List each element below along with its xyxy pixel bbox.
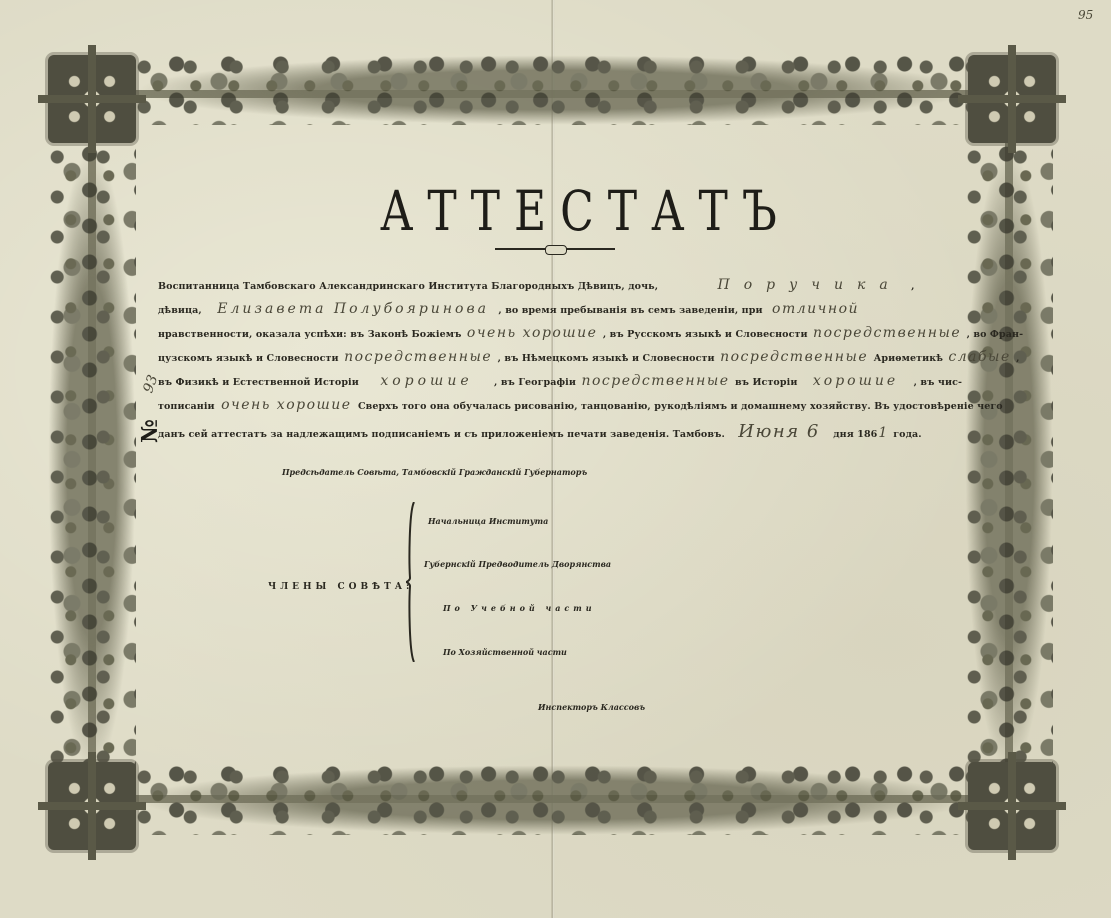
handwritten-grade-geography: посредственные xyxy=(579,373,731,389)
corner-rosette-bottom-right xyxy=(968,762,1056,850)
printed-text: , въ Нѣмецкомъ языкѣ и Словесности xyxy=(498,353,715,364)
handwritten-grade-law-of-god: очень хорошие xyxy=(465,325,600,341)
handwritten-grade-history: хорошие xyxy=(801,373,910,389)
handwritten-grade-russian: посредственные xyxy=(811,325,963,341)
body-line-5: въ Физикѣ и Естественной Исторіи хорошие… xyxy=(158,373,948,389)
archive-page-number: 95 xyxy=(1078,8,1093,22)
certificate-title: АТТЕСТАТЪ xyxy=(380,180,720,244)
printed-text: въ Исторіи xyxy=(735,377,797,388)
brace-icon xyxy=(406,502,416,662)
body-line-3: нравственности, оказала успѣхи: въ Закон… xyxy=(158,325,948,341)
body-line-4: цузскомъ языкѣ и Словесности посредствен… xyxy=(158,349,948,365)
body-line-7: данъ сей аттестатъ за надлежащимъ подпис… xyxy=(158,421,948,442)
printed-text: , въ Русскомъ языкѣ и Словесности xyxy=(603,329,808,340)
corner-rosette-bottom-left xyxy=(48,762,136,850)
curly-brace-ornament xyxy=(406,502,416,662)
handwritten-year-digit: 1 xyxy=(877,425,889,441)
corner-rosette-top-right xyxy=(968,55,1056,143)
printed-text: Ариѳметикѣ xyxy=(874,353,943,364)
printed-text: данъ сей аттестатъ за надлежащимъ подпис… xyxy=(158,429,725,440)
printed-text: дѣвица, xyxy=(158,305,202,316)
corner-rosette-top-left xyxy=(48,55,136,143)
printed-text: , xyxy=(1016,353,1019,364)
grape-vine-ornament xyxy=(135,55,975,125)
printed-text: года. xyxy=(893,429,921,440)
handwritten-father-rank: Поручика xyxy=(712,277,908,293)
printed-text: дня 186 xyxy=(833,429,877,440)
ornamental-border-top xyxy=(40,50,1060,145)
printed-text: въ Физикѣ и Естественной Исторіи xyxy=(158,377,359,388)
handwritten-student-name: Елизавета Полубояринова xyxy=(211,301,495,317)
printed-text: , xyxy=(911,281,914,292)
handwritten-grade-physics: хорошие xyxy=(362,373,490,389)
handwritten-grade-german: посредственные xyxy=(718,349,870,365)
printed-text: , во время пребыванія въ семъ заведеніи,… xyxy=(498,305,762,316)
printed-text: , въ Географіи xyxy=(494,377,576,388)
body-line-6: тописаніи очень хорошие Сверхъ того она … xyxy=(158,397,948,413)
handwritten-grade-penmanship: очень хорошие xyxy=(218,397,355,413)
body-line-2: дѣвица, Елизавета Полубояринова , во вре… xyxy=(158,301,948,317)
handwritten-morality-grade: отличной xyxy=(766,301,865,317)
printed-text: цузскомъ языкѣ и Словесности xyxy=(158,353,339,364)
printed-text: , во Фран- xyxy=(967,329,1024,340)
handwritten-date-day-month: Июня 6 xyxy=(728,421,830,442)
signature-line-inspector: Инспекторъ Классовъ xyxy=(538,702,645,712)
handwritten-grade-french: посредственные xyxy=(342,349,494,365)
printed-text: , въ чис- xyxy=(914,377,962,388)
handwritten-grade-arithmetic: слабые xyxy=(946,349,1012,365)
signature-line-academic-part: По Учебной части xyxy=(443,603,596,613)
signature-line-chairman: Предсѣдатель Совѣта, Тамбовскій Гражданс… xyxy=(282,467,587,477)
council-members-label: ЧЛЕНЫ СОВѢТА: xyxy=(268,582,413,592)
grape-vine-ornament xyxy=(135,765,975,835)
printed-text: Сверхъ того она обучалась рисованію, тан… xyxy=(358,401,1003,412)
grape-vine-ornament xyxy=(48,145,136,775)
signature-line-headmistress: Начальница Института xyxy=(428,516,548,526)
grape-vine-ornament xyxy=(965,145,1053,775)
printed-text: Воспитанница Тамбовскаго Александринскаг… xyxy=(158,281,658,292)
ornamental-border-bottom xyxy=(40,745,1060,855)
signature-line-marshal-of-nobility: Губернскій Предводитель Дворянства xyxy=(424,559,611,569)
printed-text: нравственности, оказала успѣхи: въ Закон… xyxy=(158,329,461,340)
title-divider-ornament xyxy=(495,248,615,250)
body-line-1: Воспитанница Тамбовскаго Александринскаг… xyxy=(158,277,948,293)
signature-line-economic-part: По Хозяйственной части xyxy=(443,647,567,657)
printed-text: тописаніи xyxy=(158,401,215,412)
ornamental-border-right xyxy=(955,50,1070,855)
